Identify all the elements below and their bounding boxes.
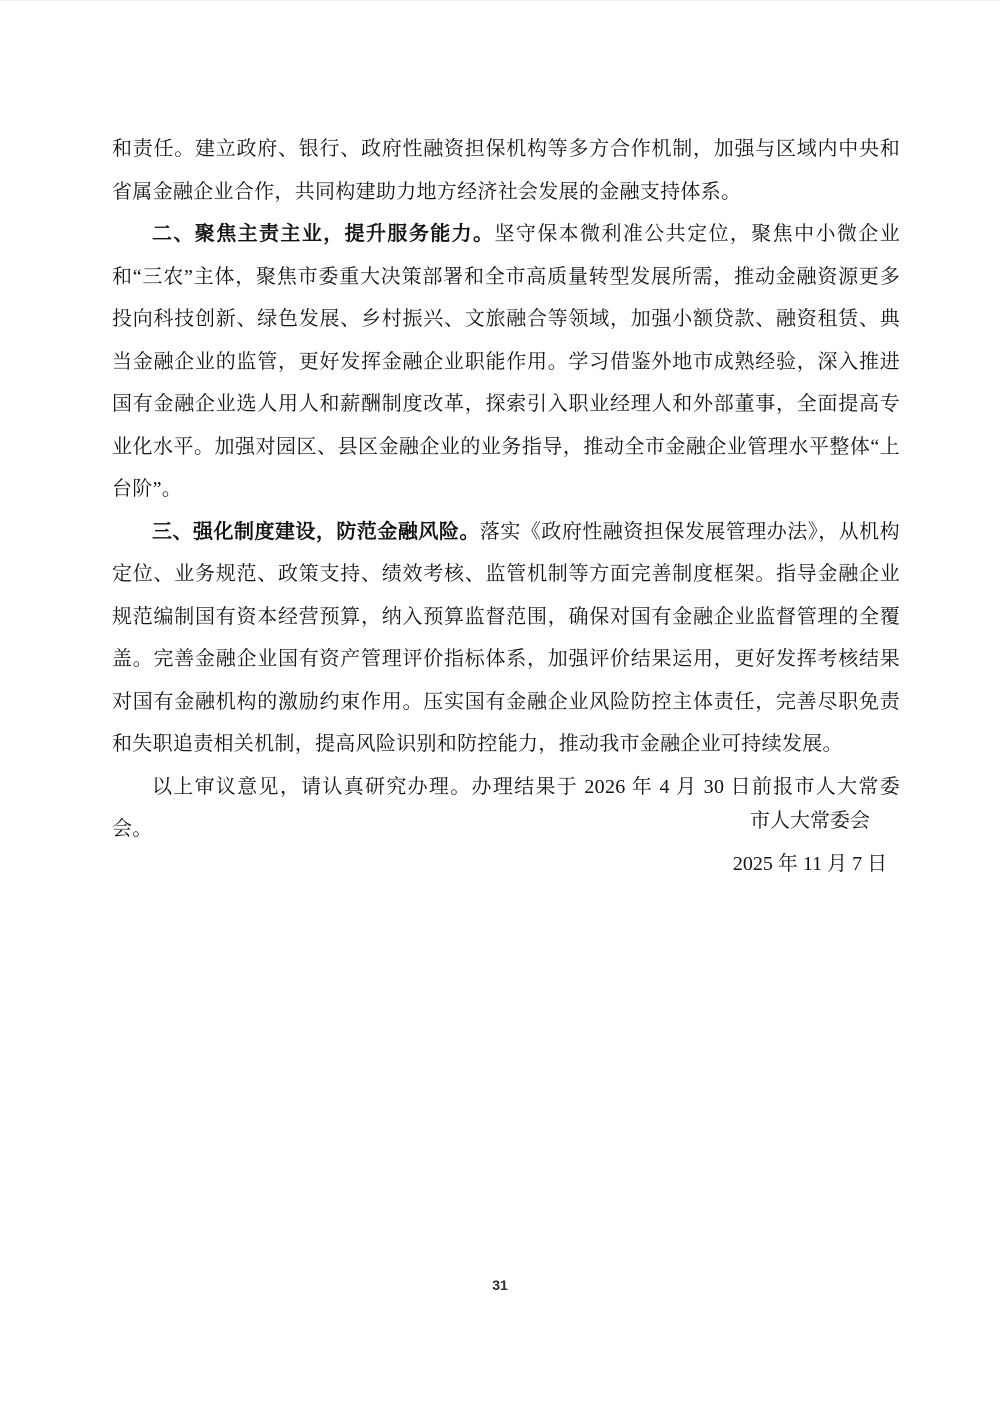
section-heading: 三、强化制度建设，防范金融风险。 [152, 521, 480, 543]
paragraph-section-3: 三、强化制度建设，防范金融风险。落实《政府性融资担保发展管理办法》，从机构定位、… [112, 511, 900, 766]
document-page: 和责任。建立政府、银行、政府性融资担保机构等多方合作机制，加强与区域内中央和省属… [0, 0, 1000, 1415]
paragraph-text: 落实《政府性融资担保发展管理办法》，从机构定位、业务规范、政策支持、绩效考核、监… [112, 521, 900, 756]
signature-name: 市人大常委会 [700, 800, 920, 843]
paragraph-section-2: 二、聚焦主责主业，提升服务能力。坚守保本微利准公共定位，聚焦中小微企业和“三农”… [112, 213, 900, 511]
document-body: 和责任。建立政府、银行、政府性融资担保机构等多方合作机制，加强与区域内中央和省属… [112, 128, 900, 851]
paragraph-text: 坚守保本微利准公共定位，聚焦中小微企业和“三农”主体，聚焦市委重大决策部署和全市… [112, 223, 900, 500]
section-heading: 二、聚焦主责主业，提升服务能力。 [152, 223, 494, 245]
signature-date: 2025 年 11 月 7 日 [700, 843, 920, 886]
page-number: 31 [0, 1277, 1000, 1293]
signature-block: 市人大常委会 2025 年 11 月 7 日 [700, 800, 920, 885]
paragraph-continuation: 和责任。建立政府、银行、政府性融资担保机构等多方合作机制，加强与区域内中央和省属… [112, 128, 900, 213]
paragraph-text: 和责任。建立政府、银行、政府性融资担保机构等多方合作机制，加强与区域内中央和省属… [112, 138, 900, 203]
